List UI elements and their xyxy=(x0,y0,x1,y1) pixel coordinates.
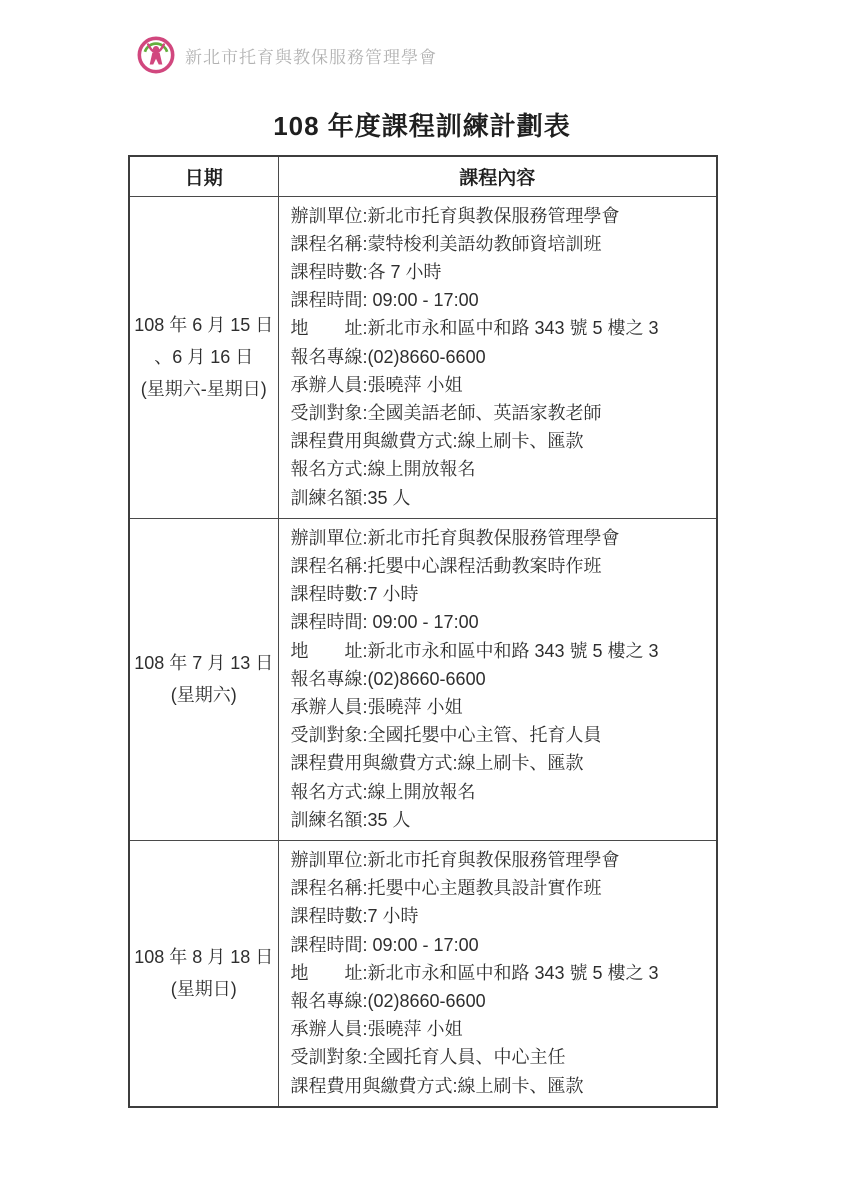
content-text: 課程時數:各 7 小時 xyxy=(291,258,709,286)
content-text: 課程時間: 09:00 - 17:00 xyxy=(291,286,709,314)
table-row: 108 年 7 月 13 日(星期六)辦訓單位:新北市托育與教保服務管理學會課程… xyxy=(129,518,717,840)
content-text: 承辦人員:張曉萍 小姐 xyxy=(291,371,709,399)
content-text: 報名方式:線上開放報名 xyxy=(291,455,709,483)
content-text: 地 址:新北市永和區中和路 343 號 5 樓之 3 xyxy=(291,314,709,342)
content-text: 課程名稱:蒙特梭利美語幼教師資培訓班 xyxy=(291,230,709,258)
date-text: 108 年 8 月 18 日 xyxy=(132,941,276,973)
date-text: (星期日) xyxy=(132,973,276,1005)
content-text: 報名專線:(02)8660-6600 xyxy=(291,987,709,1015)
content-text: 辦訓單位:新北市托育與教保服務管理學會 xyxy=(291,202,709,230)
content-text: 課程時數:7 小時 xyxy=(291,580,709,608)
content-text: 訓練名額:35 人 xyxy=(291,806,709,834)
date-cell: 108 年 6 月 15 日、6 月 16 日(星期六-星期日) xyxy=(129,196,278,518)
content-text: 課程名稱:托嬰中心主題教具設計實作班 xyxy=(291,874,709,902)
content-text: 課程時數:7 小時 xyxy=(291,902,709,930)
date-cell: 108 年 8 月 18 日(星期日) xyxy=(129,840,278,1106)
content-cell: 辦訓單位:新北市托育與教保服務管理學會課程名稱:蒙特梭利美語幼教師資培訓班課程時… xyxy=(278,196,717,518)
content-text: 報名方式:線上開放報名 xyxy=(291,778,709,806)
date-text: (星期六) xyxy=(132,679,276,711)
table-header-row: 日期 課程內容 xyxy=(129,156,717,196)
content-text: 課程時間: 09:00 - 17:00 xyxy=(291,931,709,959)
content-text: 受訓對象:全國美語老師、英語家教老師 xyxy=(291,399,709,427)
page-title: 108 年度課程訓練計劃表 xyxy=(128,106,716,143)
document-page: 新北市托育與教保服務管理學會 108 年度課程訓練計劃表 日期 課程內容 108… xyxy=(0,0,841,1200)
content-cell: 辦訓單位:新北市托育與教保服務管理學會課程名稱:托嬰中心課程活動教案時作班課程時… xyxy=(278,518,717,840)
content-text: 地 址:新北市永和區中和路 343 號 5 樓之 3 xyxy=(291,959,709,987)
table-row: 108 年 6 月 15 日、6 月 16 日(星期六-星期日)辦訓單位:新北市… xyxy=(129,196,717,518)
date-text: 108 年 7 月 13 日 xyxy=(132,647,276,679)
column-header-date: 日期 xyxy=(129,156,278,196)
org-name-text: 新北市托育與教保服務管理學會 xyxy=(185,43,437,68)
content-text: 辦訓單位:新北市托育與教保服務管理學會 xyxy=(291,846,709,874)
date-text: (星期六-星期日) xyxy=(132,373,276,405)
association-person-logo-icon xyxy=(137,36,175,74)
content-text: 辦訓單位:新北市托育與教保服務管理學會 xyxy=(291,524,709,552)
content-text: 課程名稱:托嬰中心課程活動教案時作班 xyxy=(291,552,709,580)
content-text: 報名專線:(02)8660-6600 xyxy=(291,343,709,371)
date-text: 108 年 6 月 15 日 xyxy=(132,309,276,341)
training-plan-table: 日期 課程內容 108 年 6 月 15 日、6 月 16 日(星期六-星期日)… xyxy=(128,155,718,1108)
content-text: 地 址:新北市永和區中和路 343 號 5 樓之 3 xyxy=(291,637,709,665)
content-text: 承辦人員:張曉萍 小姐 xyxy=(291,1015,709,1043)
content-text: 承辦人員:張曉萍 小姐 xyxy=(291,693,709,721)
content-text: 受訓對象:全國托育人員、中心主任 xyxy=(291,1043,709,1071)
content-cell: 辦訓單位:新北市托育與教保服務管理學會課程名稱:托嬰中心主題教具設計實作班課程時… xyxy=(278,840,717,1106)
content-text: 訓練名額:35 人 xyxy=(291,484,709,512)
content-text: 受訓對象:全國托嬰中心主管、托育人員 xyxy=(291,721,709,749)
content-text: 課程費用與繳費方式:線上刷卡、匯款 xyxy=(291,749,709,777)
table-row: 108 年 8 月 18 日(星期日)辦訓單位:新北市托育與教保服務管理學會課程… xyxy=(129,840,717,1106)
content-text: 課程費用與繳費方式:線上刷卡、匯款 xyxy=(291,1072,709,1100)
date-text: 、6 月 16 日 xyxy=(132,341,276,373)
org-header: 新北市托育與教保服務管理學會 xyxy=(137,36,437,74)
content-text: 報名專線:(02)8660-6600 xyxy=(291,665,709,693)
content-text: 課程費用與繳費方式:線上刷卡、匯款 xyxy=(291,427,709,455)
content-text: 課程時間: 09:00 - 17:00 xyxy=(291,608,709,636)
date-cell: 108 年 7 月 13 日(星期六) xyxy=(129,518,278,840)
column-header-content: 課程內容 xyxy=(278,156,717,196)
